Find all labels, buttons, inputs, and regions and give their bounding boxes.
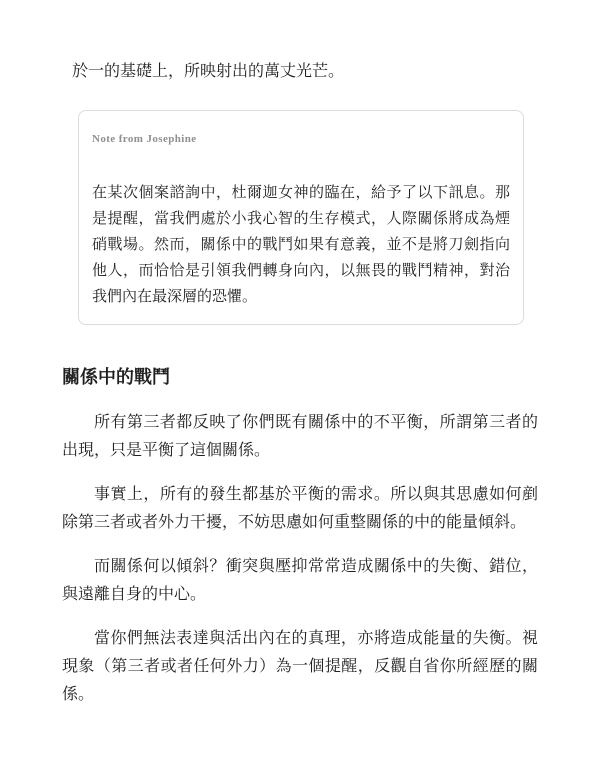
body-paragraph: 而關係何以傾斜？衝突與壓抑常常造成關係中的失衡、錯位，與遠離自身的中心。 — [62, 553, 538, 609]
body-paragraph: 所有第三者都反映了你們既有關係中的不平衡，所謂第三者的出現，只是平衡了這個關係。 — [62, 409, 538, 465]
section-heading: 關係中的戰鬥 — [62, 365, 538, 389]
note-box: Note from Josephine 在某次個案諮詢中，杜爾迦女神的臨在，給予… — [78, 110, 524, 325]
document-page: 於一的基礎上，所映射出的萬丈光芒。 Note from Josephine 在某… — [0, 0, 600, 777]
note-body: 在某次個案諮詢中，杜爾迦女神的臨在，給予了以下訊息。那是提醒，當我們處於小我心智… — [92, 180, 510, 310]
section-relationship-battle: 關係中的戰鬥 所有第三者都反映了你們既有關係中的不平衡，所謂第三者的出現，只是平… — [62, 365, 538, 709]
body-paragraph: 當你們無法表達與活出內在的真理，亦將造成能量的失衡。視現象（第三者或者任何外力）… — [62, 625, 538, 709]
body-paragraph: 事實上，所有的發生都基於平衡的需求。所以與其思慮如何剷除第三者或者外力干擾，不妨… — [62, 481, 538, 537]
note-label: Note from Josephine — [92, 132, 510, 146]
intro-paragraph: 於一的基礎上，所映射出的萬丈光芒。 — [62, 58, 538, 86]
